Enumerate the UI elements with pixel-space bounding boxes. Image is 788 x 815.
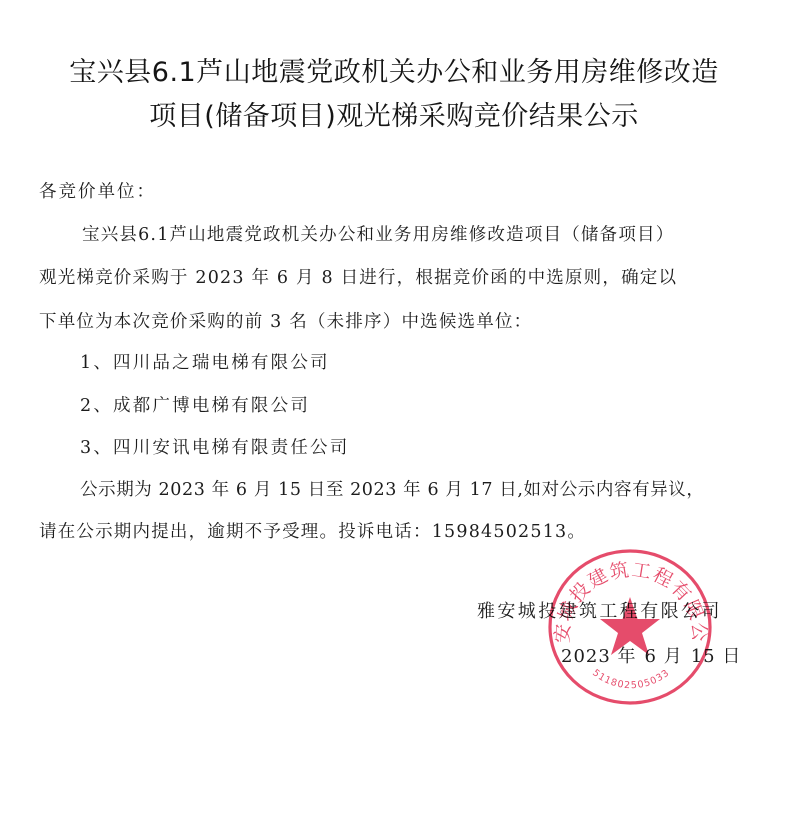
notice-line-2: 请在公示期内提出，逾期不予受理。投诉电话：15984502513。 (39, 518, 586, 543)
body-paragraph-line-2: 观光梯竞价采购于 2023 年 6 月 8 日进行，根据竞价函的中选原则，确定以 (39, 264, 677, 289)
body-paragraph-line-1: 宝兴县6.1芦山地震党政机关办公和业务用房维修改造项目（储备项目） (82, 221, 674, 246)
svg-text:511802505033: 511802505033 (590, 667, 672, 691)
candidate-item: 2、成都广博电梯有限公司 (80, 392, 310, 417)
notice-line-1: 公示期为 2023 年 6 月 15 日至 2023 年 6 月 17 日,如对… (80, 476, 705, 501)
seal-star-icon (600, 597, 660, 655)
document-title-line-2: 项目(储备项目)观光梯采购竞价结果公示 (0, 94, 788, 133)
candidate-item: 1、四川品之瑞电梯有限公司 (80, 349, 330, 374)
document-title-line-1: 宝兴县6.1芦山地震党政机关办公和业务用房维修改造 (0, 50, 788, 89)
document-page: 宝兴县6.1芦山地震党政机关办公和业务用房维修改造 项目(储备项目)观光梯采购竞… (0, 0, 788, 815)
company-seal-icon: 雅安城投建筑工程有限公司 511802505033 (546, 547, 714, 707)
body-paragraph-line-3: 下单位为本次竞价采购的前 3 名（未排序）中选候选单位： (39, 308, 532, 333)
salutation: 各竞价单位： (39, 178, 156, 203)
candidate-item: 3、四川安讯电梯有限责任公司 (80, 434, 349, 459)
